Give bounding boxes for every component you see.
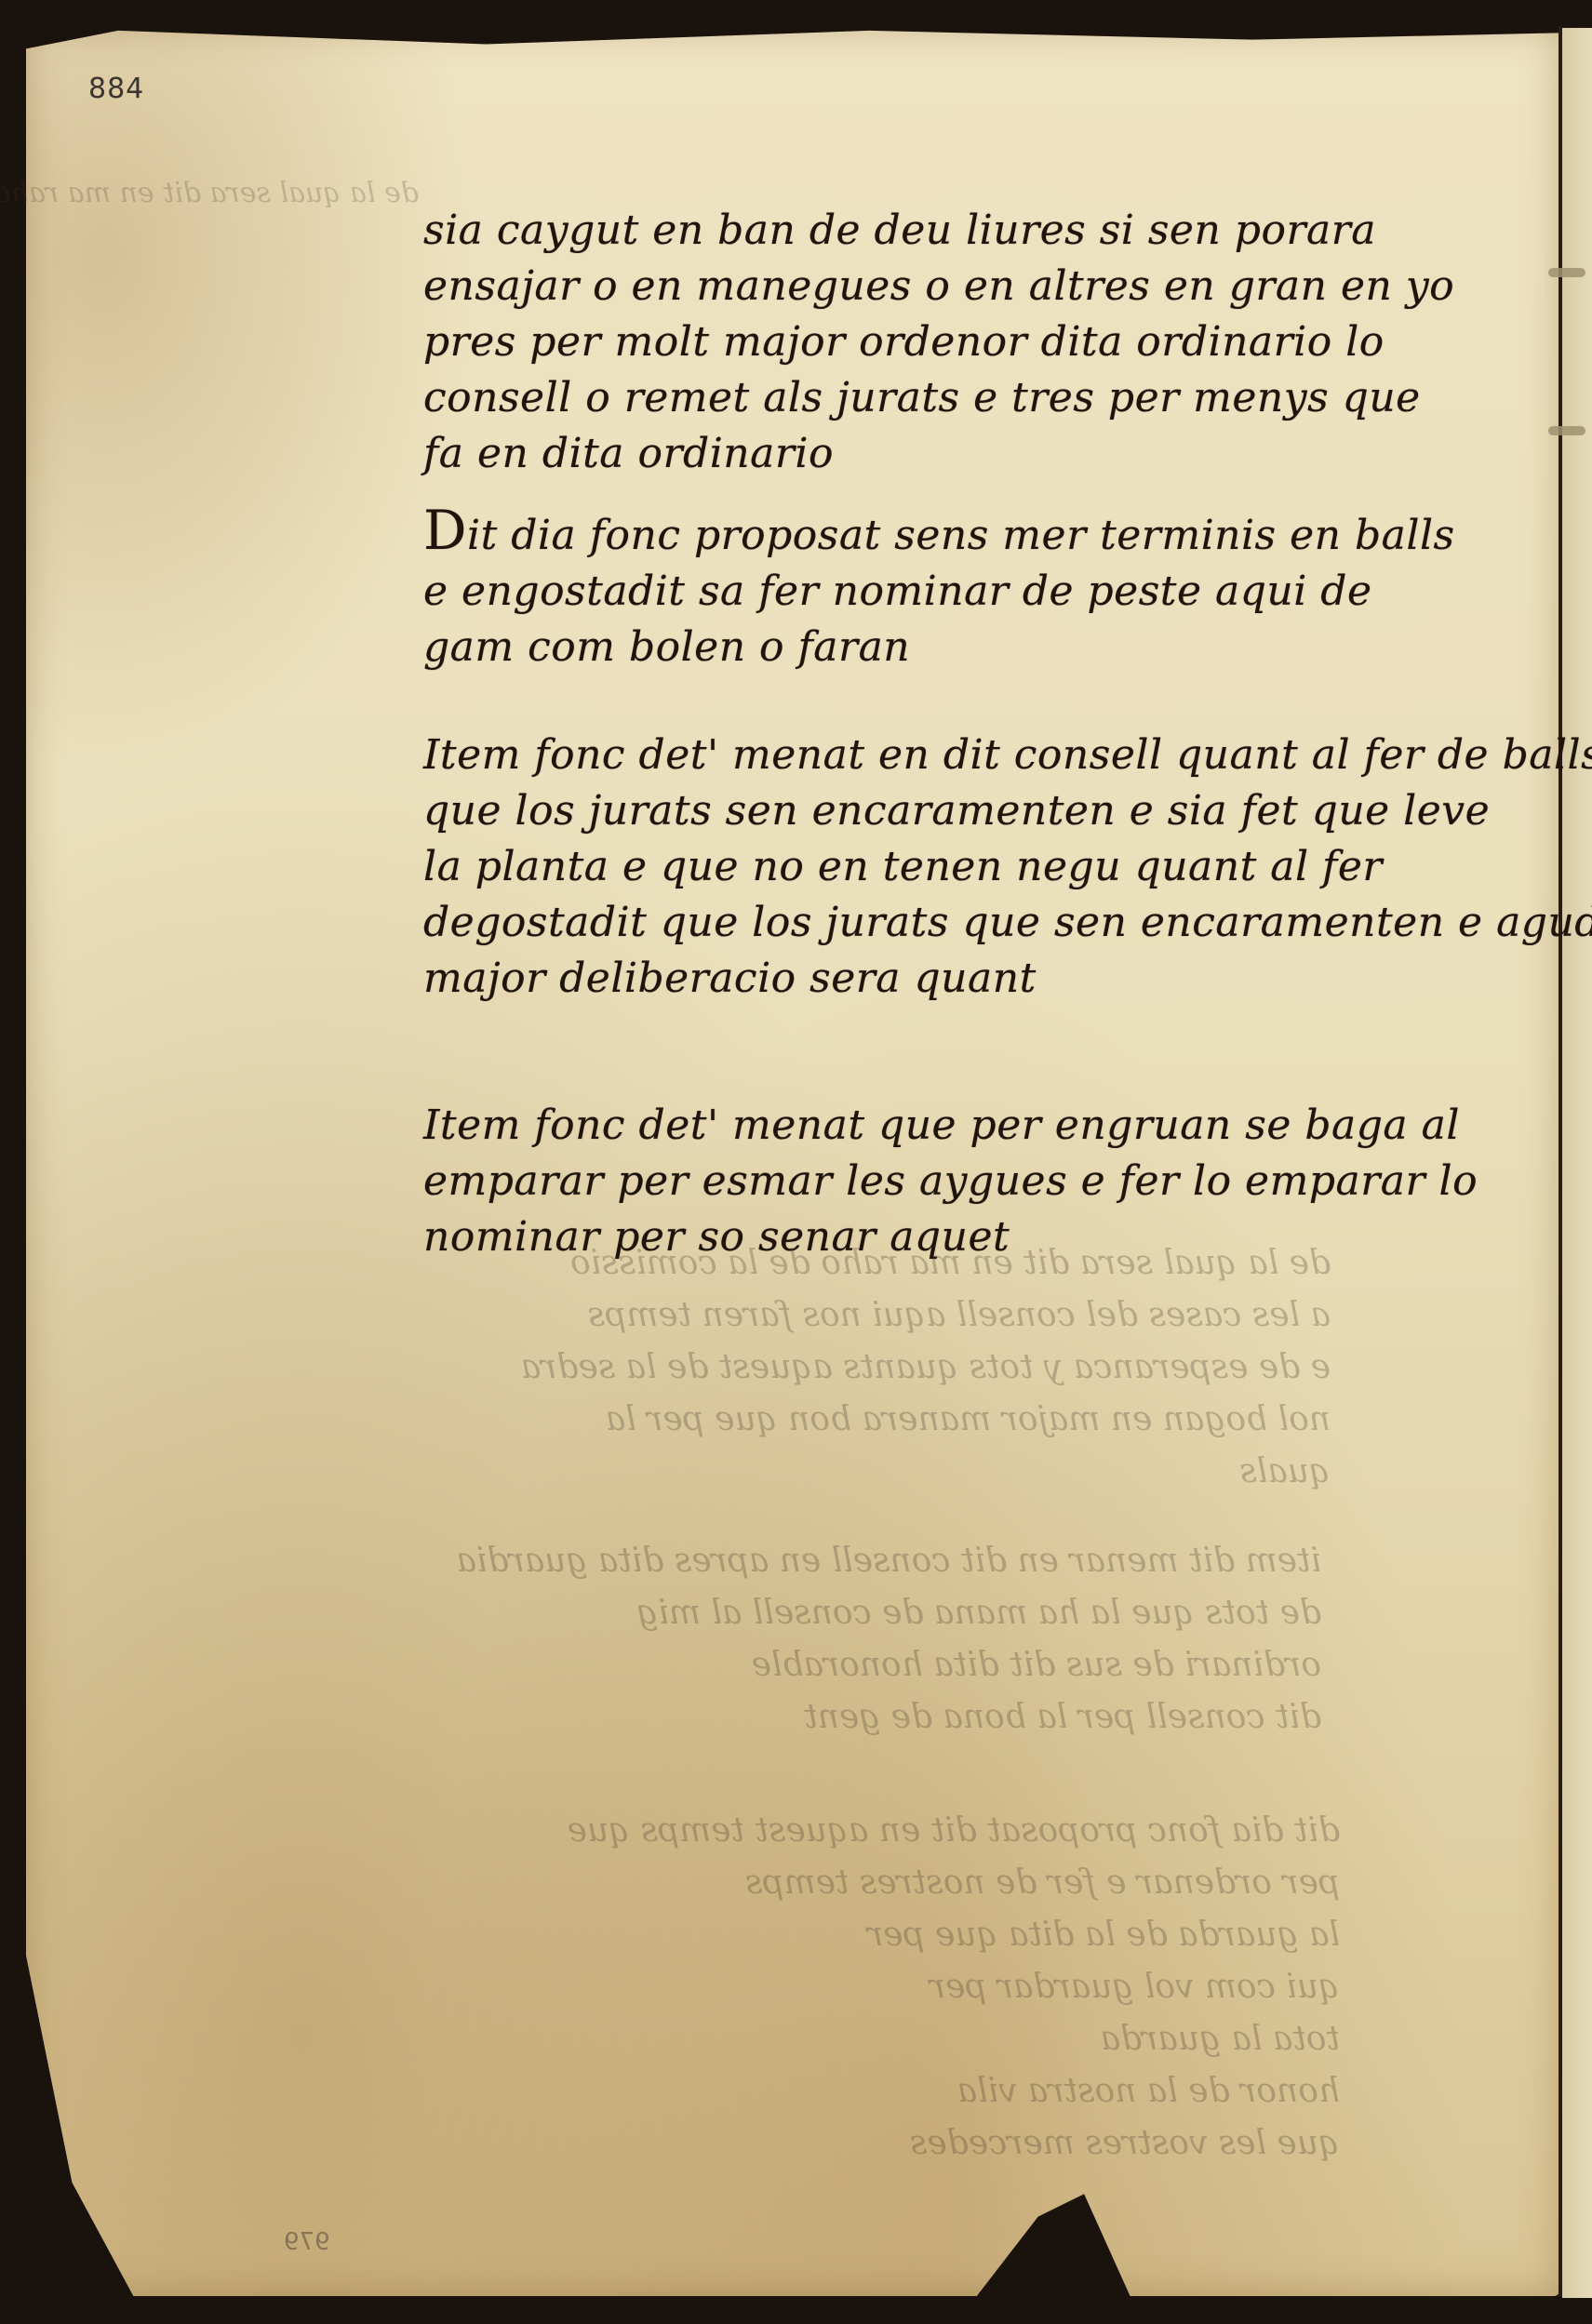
text-line: Dit dia fonc proposat sens mer terminis … [423,502,1428,564]
paragraph-3: Item fonc det' menat en dit consell quan… [423,728,1428,1007]
verso-folio-number-show-through: 979 [284,2228,330,2256]
binding-thread [1548,426,1585,435]
paragraph-2: Dit dia fonc proposat sens mer terminis … [423,502,1428,675]
text-line: ensajar o en manegues o en altres en gra… [423,259,1428,314]
text-line: Item fonc det' menat que per engruan se … [423,1098,1428,1154]
binding-thread [1548,268,1585,277]
text-line: e engostadit sa fer nominar de peste aqu… [423,564,1428,620]
text-line: degostadit que los jurats que sen encara… [423,895,1428,951]
text-line: Item fonc det' menat en dit consell quan… [423,728,1428,783]
bleed-through-block-a: de la qual sera dit en ma raho de la com… [167,1237,1331,1498]
binding-gutter [1559,26,1562,2296]
bleed-through-block-b: item dit menar en dit consell en apres d… [158,1535,1321,1743]
text-line: sia caygut en ban de deu liures si sen p… [423,203,1428,259]
text-line: pres per molt major ordenor dita ordinar… [423,314,1428,370]
bleed-through-margin: de la qual sera dit en ma raho de la com… [177,167,419,220]
paragraph-1: sia caygut en ban de deu liures si sen p… [423,203,1428,482]
text-line: gam com bolen o faran [423,620,1428,675]
text-line: que los jurats sen encaramenten e sia fe… [423,783,1428,839]
text-line: fa en dita ordinario [423,426,1428,482]
adjacent-leaf-edge [1562,28,1592,2298]
decorated-initial: D [423,499,467,562]
bleed-through-block-c: dit dia fonc proposat dit en aquest temp… [177,1805,1340,2170]
text-line: major deliberacio sera quant [423,951,1428,1007]
text-line: consell o remet als jurats e tres per me… [423,370,1428,426]
text-line: la planta e que no en tenen negu quant a… [423,839,1428,895]
text-line: emparar per esmar les aygues e fer lo em… [423,1154,1428,1209]
folio-number: 884 [88,73,144,105]
